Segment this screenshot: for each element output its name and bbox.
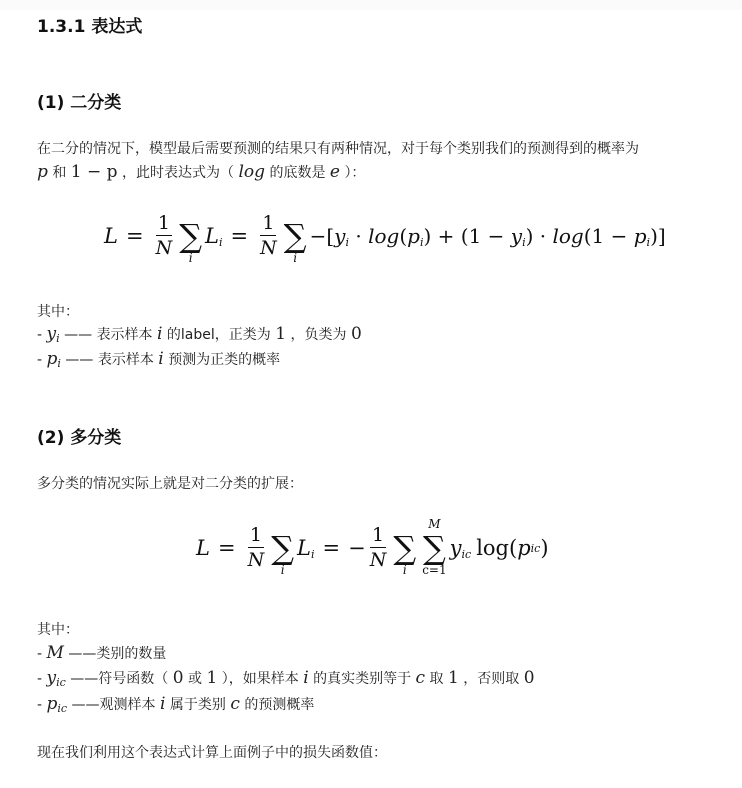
- multi-intro: 多分类的情况实际上就是对二分类的扩展：: [37, 473, 303, 493]
- math-p: p: [37, 162, 48, 182]
- closing-text: 现在我们利用这个表达式计算上面例子中的损失函数值：: [37, 742, 387, 762]
- math-log: log: [238, 162, 265, 182]
- multi-item-p: - pic ——观测样本 i 属于类别 c 的预测概率: [37, 694, 314, 715]
- binary-where-label: 其中：: [37, 301, 79, 321]
- binary-intro-line1: 在二分的情况下，模型最后需要预测的结果只有两种情况，对于每个类别我们的预测得到的…: [37, 138, 639, 158]
- multi-formula: L = 1 N ∑ i Li = − 1 N ∑ i M∑ c=1 yic lo…: [196, 518, 549, 578]
- sum-symbol-c: M∑ c=1: [422, 518, 446, 578]
- binary-formula-rhs: −[yi · log(pi) + (1 − yi) · log(1 − pi)]: [310, 224, 666, 249]
- fraction: 1 N: [248, 526, 265, 570]
- binary-item-y: - yi —— 表示样本 i 的label，正类为 1 ，负类为 0: [37, 324, 362, 345]
- binary-intro-line2: p 和 1 − p ，此时表达式为（ log 的底数是 e ）：: [37, 162, 365, 182]
- heading-multi: (2) 多分类: [37, 423, 121, 448]
- math-e: e: [330, 162, 340, 182]
- fraction: 1 N: [156, 214, 173, 258]
- sum-symbol: ∑ i: [179, 206, 202, 266]
- multi-item-M: - M ——类别的数量: [37, 643, 166, 663]
- binary-item-p: - pi —— 表示样本 i 预测为正类的概率: [37, 349, 280, 370]
- binary-formula: L = 1 N ∑ i Li = 1 N ∑ i −[yi · log(pi) …: [104, 206, 666, 266]
- fraction: 1 N: [260, 214, 277, 258]
- math-1-minus-p: 1 − p: [71, 162, 118, 182]
- heading-binary: (1) 二分类: [37, 88, 121, 113]
- sum-symbol: ∑ i: [393, 518, 416, 578]
- sum-symbol: ∑ i: [284, 206, 307, 266]
- sum-symbol: ∑ i: [271, 518, 294, 578]
- multi-item-y: - yic ——符号函数（ 0 或 1 ），如果样本 i 的真实类别等于 c 取…: [37, 668, 535, 689]
- top-band: [0, 0, 742, 10]
- section-title: 1.3.1 表达式: [37, 12, 142, 37]
- fraction: 1 N: [370, 526, 387, 570]
- multi-where-label: 其中：: [37, 619, 79, 639]
